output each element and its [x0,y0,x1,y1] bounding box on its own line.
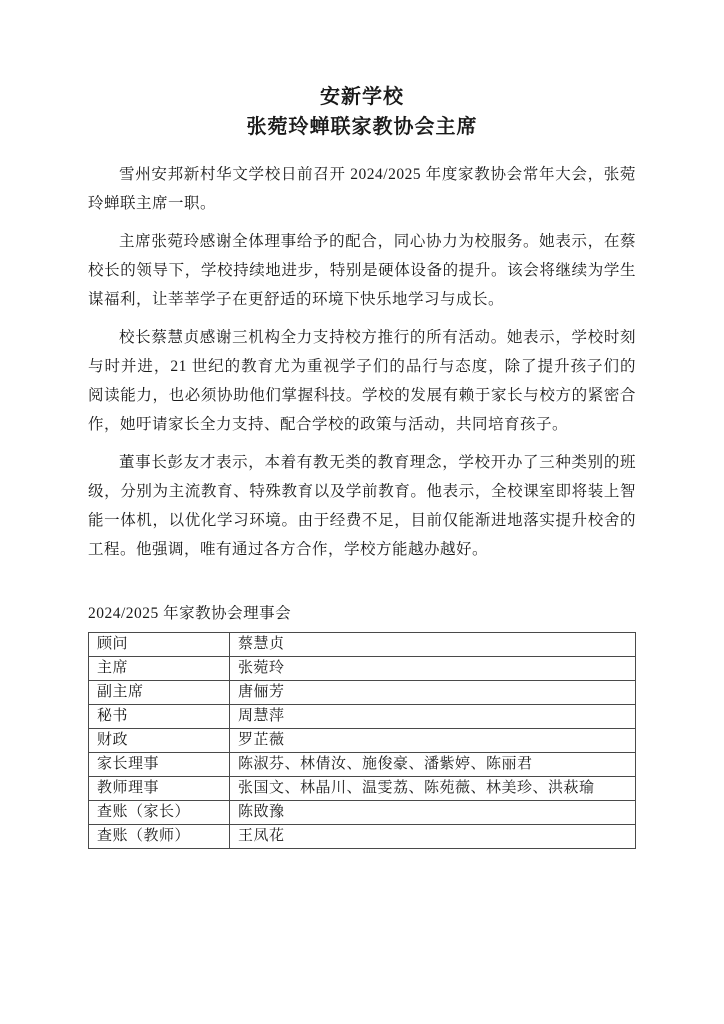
table-row: 查账（教师） 王凤花 [89,825,636,849]
table-row: 家长理事 陈淑芬、林倩汝、施俊豪、潘紫婷、陈丽君 [89,753,636,777]
role-cell: 查账（教师） [89,825,230,849]
role-cell: 财政 [89,729,230,753]
table-row: 财政 罗芷薇 [89,729,636,753]
names-cell: 蔡慧贞 [230,633,636,657]
names-cell: 张菀玲 [230,657,636,681]
table-row: 秘书 周慧萍 [89,705,636,729]
table-row: 顾问 蔡慧贞 [89,633,636,657]
committee-table: 顾问 蔡慧贞 主席 张菀玲 副主席 唐俪芳 秘书 周慧萍 [88,632,636,849]
role-cell: 查账（家长） [89,801,230,825]
paragraph: 主席张菀玲感谢全体理事给予的配合，同心协力为校服务。她表示，在蔡校长的领导下，学… [88,227,636,314]
role-cell: 秘书 [89,705,230,729]
table-caption: 2024/2025 年家教协会理事会 [88,602,636,626]
table-row: 教师理事 张国文、林晶川、温雯荔、陈苑薇、林美珍、洪萩瑜 [89,777,636,801]
table-row: 查账（家长） 陈敃豫 [89,801,636,825]
committee-table-section: 2024/2025 年家教协会理事会 顾问 蔡慧贞 主席 张菀玲 副主席 唐俪芳 [88,602,636,849]
document-body: 安新学校 张菀玲蝉联家教协会主席 雪州安邦新村华文学校日前召开 2024/202… [88,82,636,849]
paragraph: 董事长彭友才表示，本着有教无类的教育理念，学校开办了三种类别的班级，分别为主流教… [88,448,636,564]
paragraph: 校长蔡慧贞感谢三机构全力支持校方推行的所有活动。她表示，学校时刻与时并进，21 … [88,323,636,439]
names-cell: 张国文、林晶川、温雯荔、陈苑薇、林美珍、洪萩瑜 [230,777,636,801]
names-cell: 周慧萍 [230,705,636,729]
table-row: 主席 张菀玲 [89,657,636,681]
paragraph: 雪州安邦新村华文学校日前召开 2024/2025 年度家教协会常年大会，张菀玲蝉… [88,160,636,218]
table-row: 副主席 唐俪芳 [89,681,636,705]
names-cell: 唐俪芳 [230,681,636,705]
article-text: 雪州安邦新村华文学校日前召开 2024/2025 年度家教协会常年大会，张菀玲蝉… [88,160,636,564]
names-cell: 王凤花 [230,825,636,849]
role-cell: 教师理事 [89,777,230,801]
role-cell: 家长理事 [89,753,230,777]
names-cell: 罗芷薇 [230,729,636,753]
document-title-line1: 安新学校 [88,82,636,112]
names-cell: 陈淑芬、林倩汝、施俊豪、潘紫婷、陈丽君 [230,753,636,777]
role-cell: 主席 [89,657,230,681]
names-cell: 陈敃豫 [230,801,636,825]
document-title-block: 安新学校 张菀玲蝉联家教协会主席 [88,82,636,142]
role-cell: 顾问 [89,633,230,657]
role-cell: 副主席 [89,681,230,705]
document-title-line2: 张菀玲蝉联家教协会主席 [88,112,636,142]
document-page: 安新学校 张菀玲蝉联家教协会主席 雪州安邦新村华文学校日前召开 2024/202… [0,0,724,1024]
